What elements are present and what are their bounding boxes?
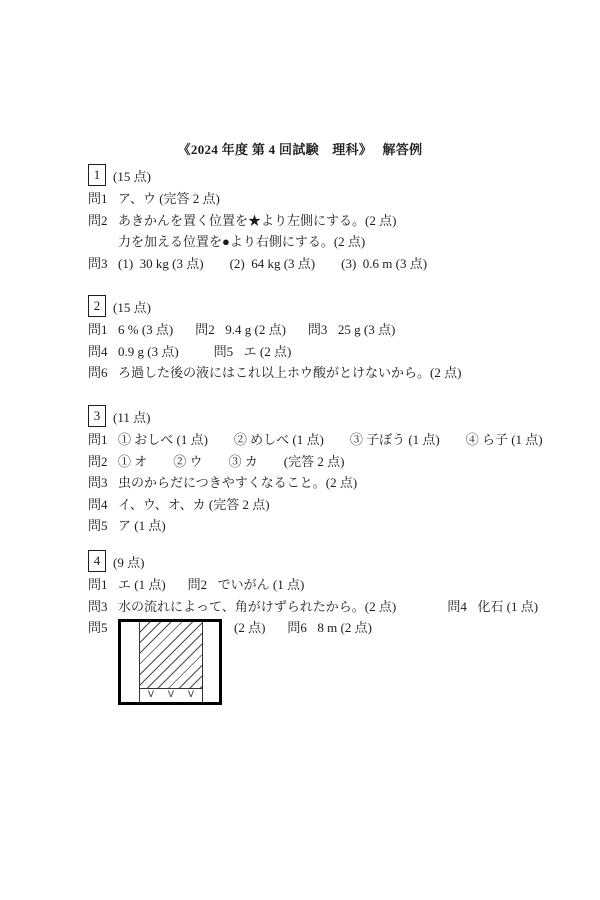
answer-text: 0.9 g (3 点) — [118, 344, 192, 359]
strata-column-diagram: V V V — [118, 619, 222, 705]
question-label: 問2 — [188, 574, 218, 596]
answer-text: あきかんを置く位置を★より左側にする。(2 点) — [118, 213, 396, 228]
answer-text: 25 g (3 点) — [338, 322, 395, 337]
section-number-box: 4 — [88, 550, 106, 572]
answer-text: ろ過した後の液にはこれ以上ホウ酸がとけないから。(2 点) — [118, 365, 461, 380]
section-lines: 問1① おしべ (1 点) ② めしべ (1 点) ③ 子ぼう (1 点) ④ … — [88, 429, 543, 537]
question-label: 問4 — [88, 494, 118, 516]
answer-line: 問2① オ ② ウ ③ カ (完答 2 点) — [88, 451, 543, 473]
question-label: 問1 — [88, 429, 118, 451]
strata-column: V V V — [139, 622, 203, 702]
section-number-box: 2 — [88, 295, 106, 317]
question-label: 問2 — [88, 210, 118, 232]
answer-line: 問3(1) 30 kg (3 点) (2) 64 kg (3 点) (3) 0.… — [88, 253, 427, 275]
answer-section-3: 3(11 点)問1① おしべ (1 点) ② めしべ (1 点) ③ 子ぼう (… — [88, 405, 543, 537]
answer-text: ① おしべ (1 点) ② めしべ (1 点) ③ 子ぼう (1 点) ④ ら子… — [118, 432, 543, 447]
question-label: 問3 — [88, 472, 118, 494]
answer-text: でいがん (1 点) — [218, 577, 305, 592]
question-label: 問5 — [214, 341, 244, 363]
answer-text: 化石 (1 点) — [477, 599, 538, 614]
question-label: 問2 — [195, 319, 225, 341]
section-lines: 問1エ (1 点)問2でいがん (1 点)問3水の流れによって、角がけずられたか… — [88, 574, 538, 705]
section-points: (15 点) — [113, 297, 151, 316]
answer-text: 6 % (3 点) — [118, 322, 173, 337]
answer-line: 問5ア (1 点) — [88, 515, 543, 537]
question-label: 問3 — [308, 319, 338, 341]
answer-text: 力を加える位置を●より右側にする。(2 点) — [118, 234, 365, 249]
section-header: 2(15 点) — [88, 295, 461, 317]
section-points: (9 点) — [113, 552, 144, 571]
answer-text: 9.4 g (2 点) — [225, 322, 286, 337]
v-marks: V V V — [148, 689, 194, 702]
answer-line: 問1エ (1 点)問2でいがん (1 点) — [88, 574, 538, 596]
answer-text: ア、ウ (完答 2 点) — [118, 191, 220, 206]
answer-text: ア (1 点) — [118, 518, 166, 533]
answer-line: 問4イ、ウ、オ、カ (完答 2 点) — [88, 494, 543, 516]
section-header: 3(11 点) — [88, 405, 543, 427]
page-title: 《2024 年度 第 4 回試験 理科》 解答例 — [0, 139, 600, 158]
section-number-box: 3 — [88, 405, 106, 427]
answer-line: 問6ろ過した後の液にはこれ以上ホウ酸がとけないから。(2 点) — [88, 362, 461, 384]
answer-section-1: 1(15 点)問1ア、ウ (完答 2 点)問2あきかんを置く位置を★より左側にす… — [88, 164, 427, 274]
section-lines: 問16 % (3 点)問29.4 g (2 点)問325 g (3 点)問40.… — [88, 319, 461, 384]
answer-text: 水の流れによって、角がけずられたから。(2 点) — [118, 599, 425, 614]
answer-text: エ (2 点) — [244, 344, 292, 359]
question-label: 問4 — [88, 341, 118, 363]
question-label: 問1 — [88, 574, 118, 596]
answer-line: 問2あきかんを置く位置を★より左側にする。(2 点) — [88, 210, 427, 232]
answer-line: 問1① おしべ (1 点) ② めしべ (1 点) ③ 子ぼう (1 点) ④ … — [88, 429, 543, 451]
question-label: 問3 — [88, 253, 118, 275]
section-number-box: 1 — [88, 164, 106, 186]
answer-text: (2 点) — [234, 617, 265, 639]
question-label: 問6 — [88, 362, 118, 384]
answer-line: 力を加える位置を●より右側にする。(2 点) — [88, 231, 427, 253]
answer-text: 8 m (2 点) — [317, 617, 372, 639]
section-points: (15 点) — [113, 166, 151, 185]
question-label: 問4 — [447, 596, 477, 618]
answer-line: 問16 % (3 点)問29.4 g (2 点)問325 g (3 点) — [88, 319, 461, 341]
question-label: 問1 — [88, 188, 118, 210]
answer-line: 問5 V V V (2 点)問68 m (2 点) — [88, 617, 538, 705]
diagonal-hatch-layer — [140, 622, 202, 689]
section-header: 4(9 点) — [88, 550, 538, 572]
question-label: 問1 — [88, 319, 118, 341]
answer-text: エ (1 点) — [118, 577, 166, 592]
section-lines: 問1ア、ウ (完答 2 点)問2あきかんを置く位置を★より左側にする。(2 点)… — [88, 188, 427, 274]
question-label: 問5 — [88, 515, 118, 537]
answer-line: 問3虫のからだにつきやすくなること。(2 点) — [88, 472, 543, 494]
answer-text: 虫のからだにつきやすくなること。(2 点) — [118, 475, 357, 490]
answer-line: 問40.9 g (3 点) 問5エ (2 点) — [88, 341, 461, 363]
section-points: (11 点) — [113, 407, 150, 426]
answer-text: ① オ ② ウ ③ カ (完答 2 点) — [118, 454, 344, 469]
answer-text: (1) 30 kg (3 点) (2) 64 kg (3 点) (3) 0.6 … — [118, 256, 427, 271]
question-label: 問5 — [88, 617, 118, 639]
section-header: 1(15 点) — [88, 164, 427, 186]
question-label: 問2 — [88, 451, 118, 473]
answer-line: 問3水の流れによって、角がけずられたから。(2 点) 問4化石 (1 点) — [88, 596, 538, 618]
answer-sheet-page: 《2024 年度 第 4 回試験 理科》 解答例 1(15 点)問1ア、ウ (完… — [0, 0, 600, 900]
question-label: 問6 — [287, 617, 317, 639]
question-label: 問3 — [88, 596, 118, 618]
answer-section-2: 2(15 点)問16 % (3 点)問29.4 g (2 点)問325 g (3… — [88, 295, 461, 384]
answer-line: 問1ア、ウ (完答 2 点) — [88, 188, 427, 210]
answer-text: イ、ウ、オ、カ (完答 2 点) — [118, 497, 270, 512]
answer-section-4: 4(9 点)問1エ (1 点)問2でいがん (1 点)問3水の流れによって、角が… — [88, 550, 538, 705]
v-mark-layer: V V V — [140, 689, 202, 702]
